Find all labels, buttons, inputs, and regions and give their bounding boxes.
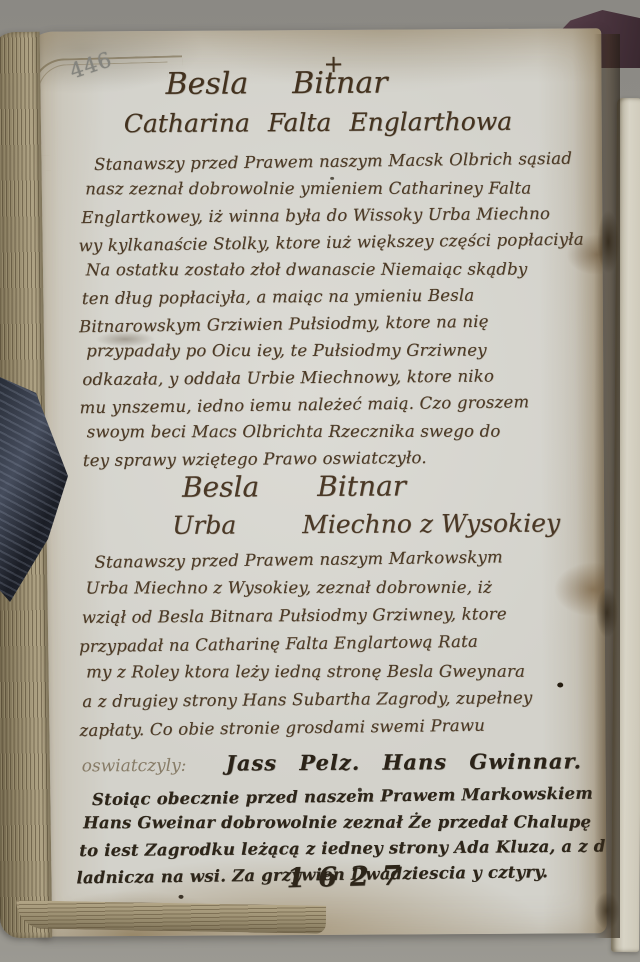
- facing-page-edge: [611, 98, 640, 952]
- heading-name-right: Miechno z Wysokiey: [302, 509, 560, 540]
- witness-names-line: oswiatczyly: Jass Pelz. Hans Gwinnar.: [82, 748, 582, 776]
- heading-word: Englarthowa: [349, 107, 512, 137]
- heading-name-right: Bitnar: [317, 469, 406, 503]
- entry-2-text: Stanawszy przed Prawem naszym Markowskym…: [78, 545, 529, 744]
- heading-urba-miechno: Urba Miechno z Wysokiey: [172, 509, 560, 540]
- text-line: swoym beci Macs Olbrichta Rzecznika sweg…: [87, 417, 592, 445]
- heading-name-left: Besla: [182, 470, 259, 503]
- cross-mark: +: [323, 50, 343, 78]
- text-line: Hans Gweinar dobrowolnie zeznał Że przed…: [83, 809, 607, 836]
- heading-besla-bitnar-2: Besla Bitnar: [182, 469, 406, 503]
- heading-besla-bitnar: Besla + Bitnar: [165, 66, 387, 102]
- manuscript-photo: 446 Besla + Bitnar Catharina Falta Engla…: [0, 0, 640, 962]
- heading-catharina-falta: Catharina Falta Englarthowa: [124, 107, 512, 138]
- heading-word: Catharina: [124, 108, 250, 138]
- witness-names: Jass Pelz. Hans Gwinnar.: [226, 748, 582, 775]
- text-line: nasz zeznał dobrowolnie ymieniem Cathari…: [85, 174, 590, 202]
- text-line: przypadały po Oicu iey, te Pułsiodmy Grz…: [86, 336, 591, 364]
- book-bottom-edge: [16, 900, 326, 933]
- text-line: wy kylkanaście Stolky, ktore iuż większe…: [78, 226, 584, 260]
- heading-name-left: Besla: [165, 66, 248, 102]
- entry-1-text: Stanawszy przed Prawem naszym Macsk Olbr…: [78, 146, 585, 473]
- handwritten-content: 446 Besla + Bitnar Catharina Falta Engla…: [23, 28, 607, 937]
- text-line: Urba Miechno z Wysokiey, zeznał dobrowni…: [86, 574, 536, 603]
- text-line: Stanawszy przed Prawem naszym Macsk Olbr…: [78, 145, 584, 179]
- text-line: mu ynszemu, iedno iemu należeć maią. Czo…: [79, 388, 585, 422]
- faint-word: oswiatczyly:: [82, 756, 187, 777]
- text-line: zapłaty. Co obie stronie grosdami swemi …: [79, 711, 529, 745]
- heading-word: Falta: [268, 108, 332, 137]
- text-line: przypadał na Catharinę Falta Englartową …: [79, 627, 529, 661]
- text-line: Stanawszy przed Prawem naszym Markowskym: [78, 543, 528, 577]
- text-line: Stoiąc obecznie przed naszem Prawem Mark…: [76, 780, 607, 813]
- manuscript-page: 446 Besla + Bitnar Catharina Falta Engla…: [23, 28, 607, 937]
- text-line: my z Roley ktora leży iedną stronę Besla…: [86, 658, 536, 687]
- pencil-folio-number: 446: [67, 47, 115, 83]
- heading-name-left: Urba: [172, 510, 236, 539]
- text-line: Na ostatku zostało złoł dwanascie Niemai…: [86, 255, 591, 283]
- text-line: Bitnarowskym Grziwien Pułsiodmy, ktore n…: [79, 307, 585, 341]
- year-inscription: 1627: [286, 860, 414, 894]
